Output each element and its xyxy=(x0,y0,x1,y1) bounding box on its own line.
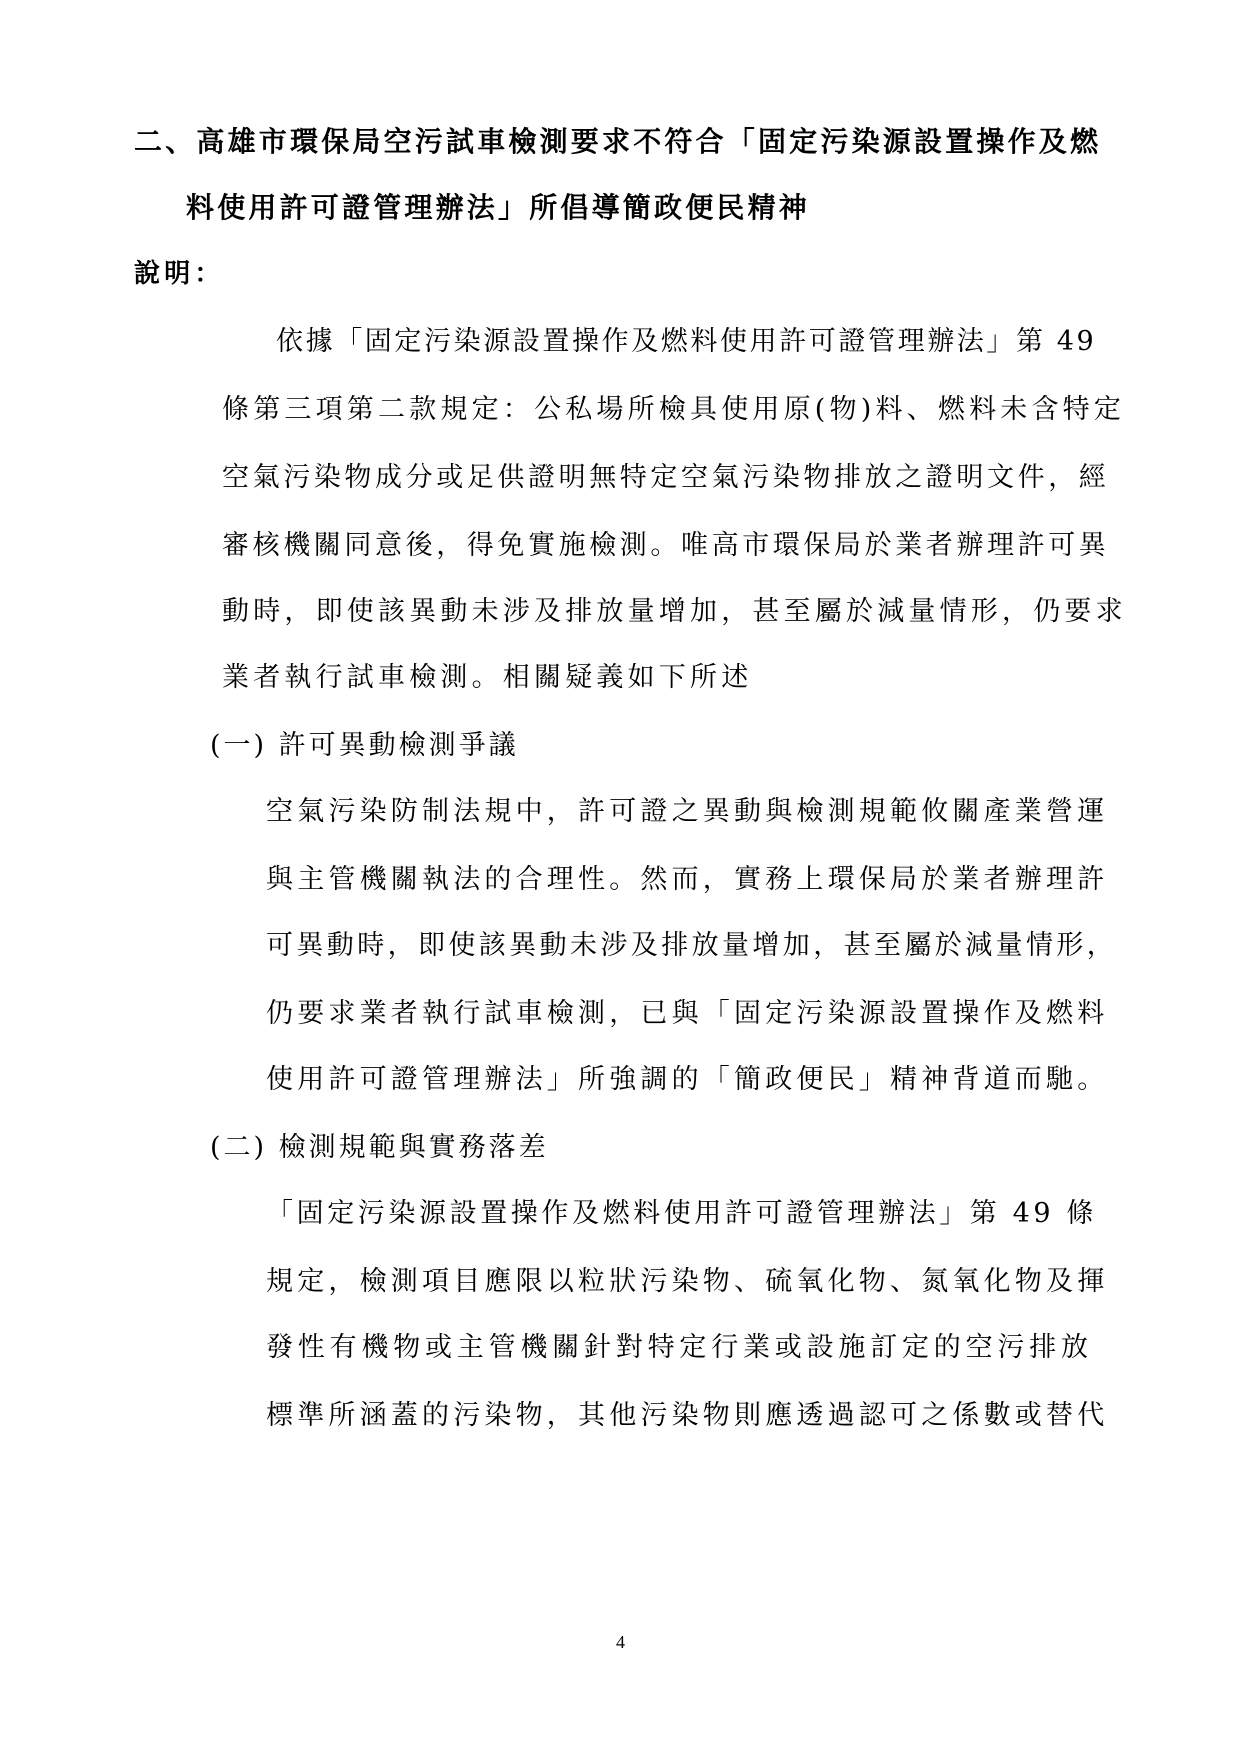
subsection-1-line-4: 仍要求業者執行試車檢測，已與「固定污染源設置操作及燃料 xyxy=(266,996,1108,1032)
subsection-2-title: 檢測規範與實務落差 xyxy=(279,1132,549,1163)
subsection-2-line-1: 「固定污染源設置操作及燃料使用許可證管理辦法」第 49 條 xyxy=(266,1196,1097,1232)
explanation-label: 說明： xyxy=(134,256,225,292)
section-heading-line-2: 料使用許可證管理辦法」所倡導簡政便民精神 xyxy=(186,190,810,226)
subsection-1-line-2: 與主管機關執法的合理性。然而，實務上環保局於業者辦理許 xyxy=(266,862,1108,898)
subsection-1-title: 許可異動檢測爭議 xyxy=(279,730,519,761)
subsection-2-number: (二) xyxy=(210,1132,267,1163)
subsection-1-line-3: 可異動時，即使該異動未涉及排放量增加，甚至屬於減量情形， xyxy=(266,928,1117,964)
subsection-2-line-2: 規定，檢測項目應限以粒狀污染物、硫氧化物、氮氧化物及揮 xyxy=(266,1264,1108,1300)
subsection-1-line-5: 使用許可證管理辦法」所強調的「簡政便民」精神背道而馳。 xyxy=(266,1062,1108,1098)
intro-line-4: 審核機關同意後，得免實施檢測。唯高市環保局於業者辦理許可異 xyxy=(222,528,1109,564)
subsection-2-line-4: 標準所涵蓋的污染物，其他污染物則應透過認可之係數或替代 xyxy=(266,1398,1108,1434)
subsection-2-line-3: 發性有機物或主管機關針對特定行業或設施訂定的空污排放 xyxy=(266,1330,1093,1366)
intro-line-1: 依據「固定污染源設置操作及燃料使用許可證管理辦法」第 49 xyxy=(276,324,1096,360)
subsection-1-number: (一) xyxy=(210,730,267,761)
subsection-1-heading: (一) 許可異動檢測爭議 xyxy=(210,728,519,764)
intro-line-6: 業者執行試車檢測。相關疑義如下所述 xyxy=(222,660,752,696)
page-number: 4 xyxy=(0,1632,1241,1653)
section-heading-line-1: 二、高雄市環保局空污試車檢測要求不符合「固定污染源設置操作及燃 xyxy=(134,124,1101,160)
subsection-1-line-1: 空氣污染防制法規中，許可證之異動與檢測規範攸關產業營運 xyxy=(266,794,1108,830)
intro-line-5: 動時，即使該異動未涉及排放量增加，甚至屬於減量情形，仍要求 xyxy=(222,594,1127,630)
intro-line-3: 空氣污染物成分或足供證明無特定空氣污染物排放之證明文件，經 xyxy=(222,460,1109,496)
subsection-2-heading: (二) 檢測規範與實務落差 xyxy=(210,1130,549,1166)
document-page: 二、高雄市環保局空污試車檢測要求不符合「固定污染源設置操作及燃 料使用許可證管理… xyxy=(0,0,1241,1755)
intro-line-2: 條第三項第二款規定：公私場所檢具使用原(物)料、燃料未含特定 xyxy=(222,392,1125,428)
